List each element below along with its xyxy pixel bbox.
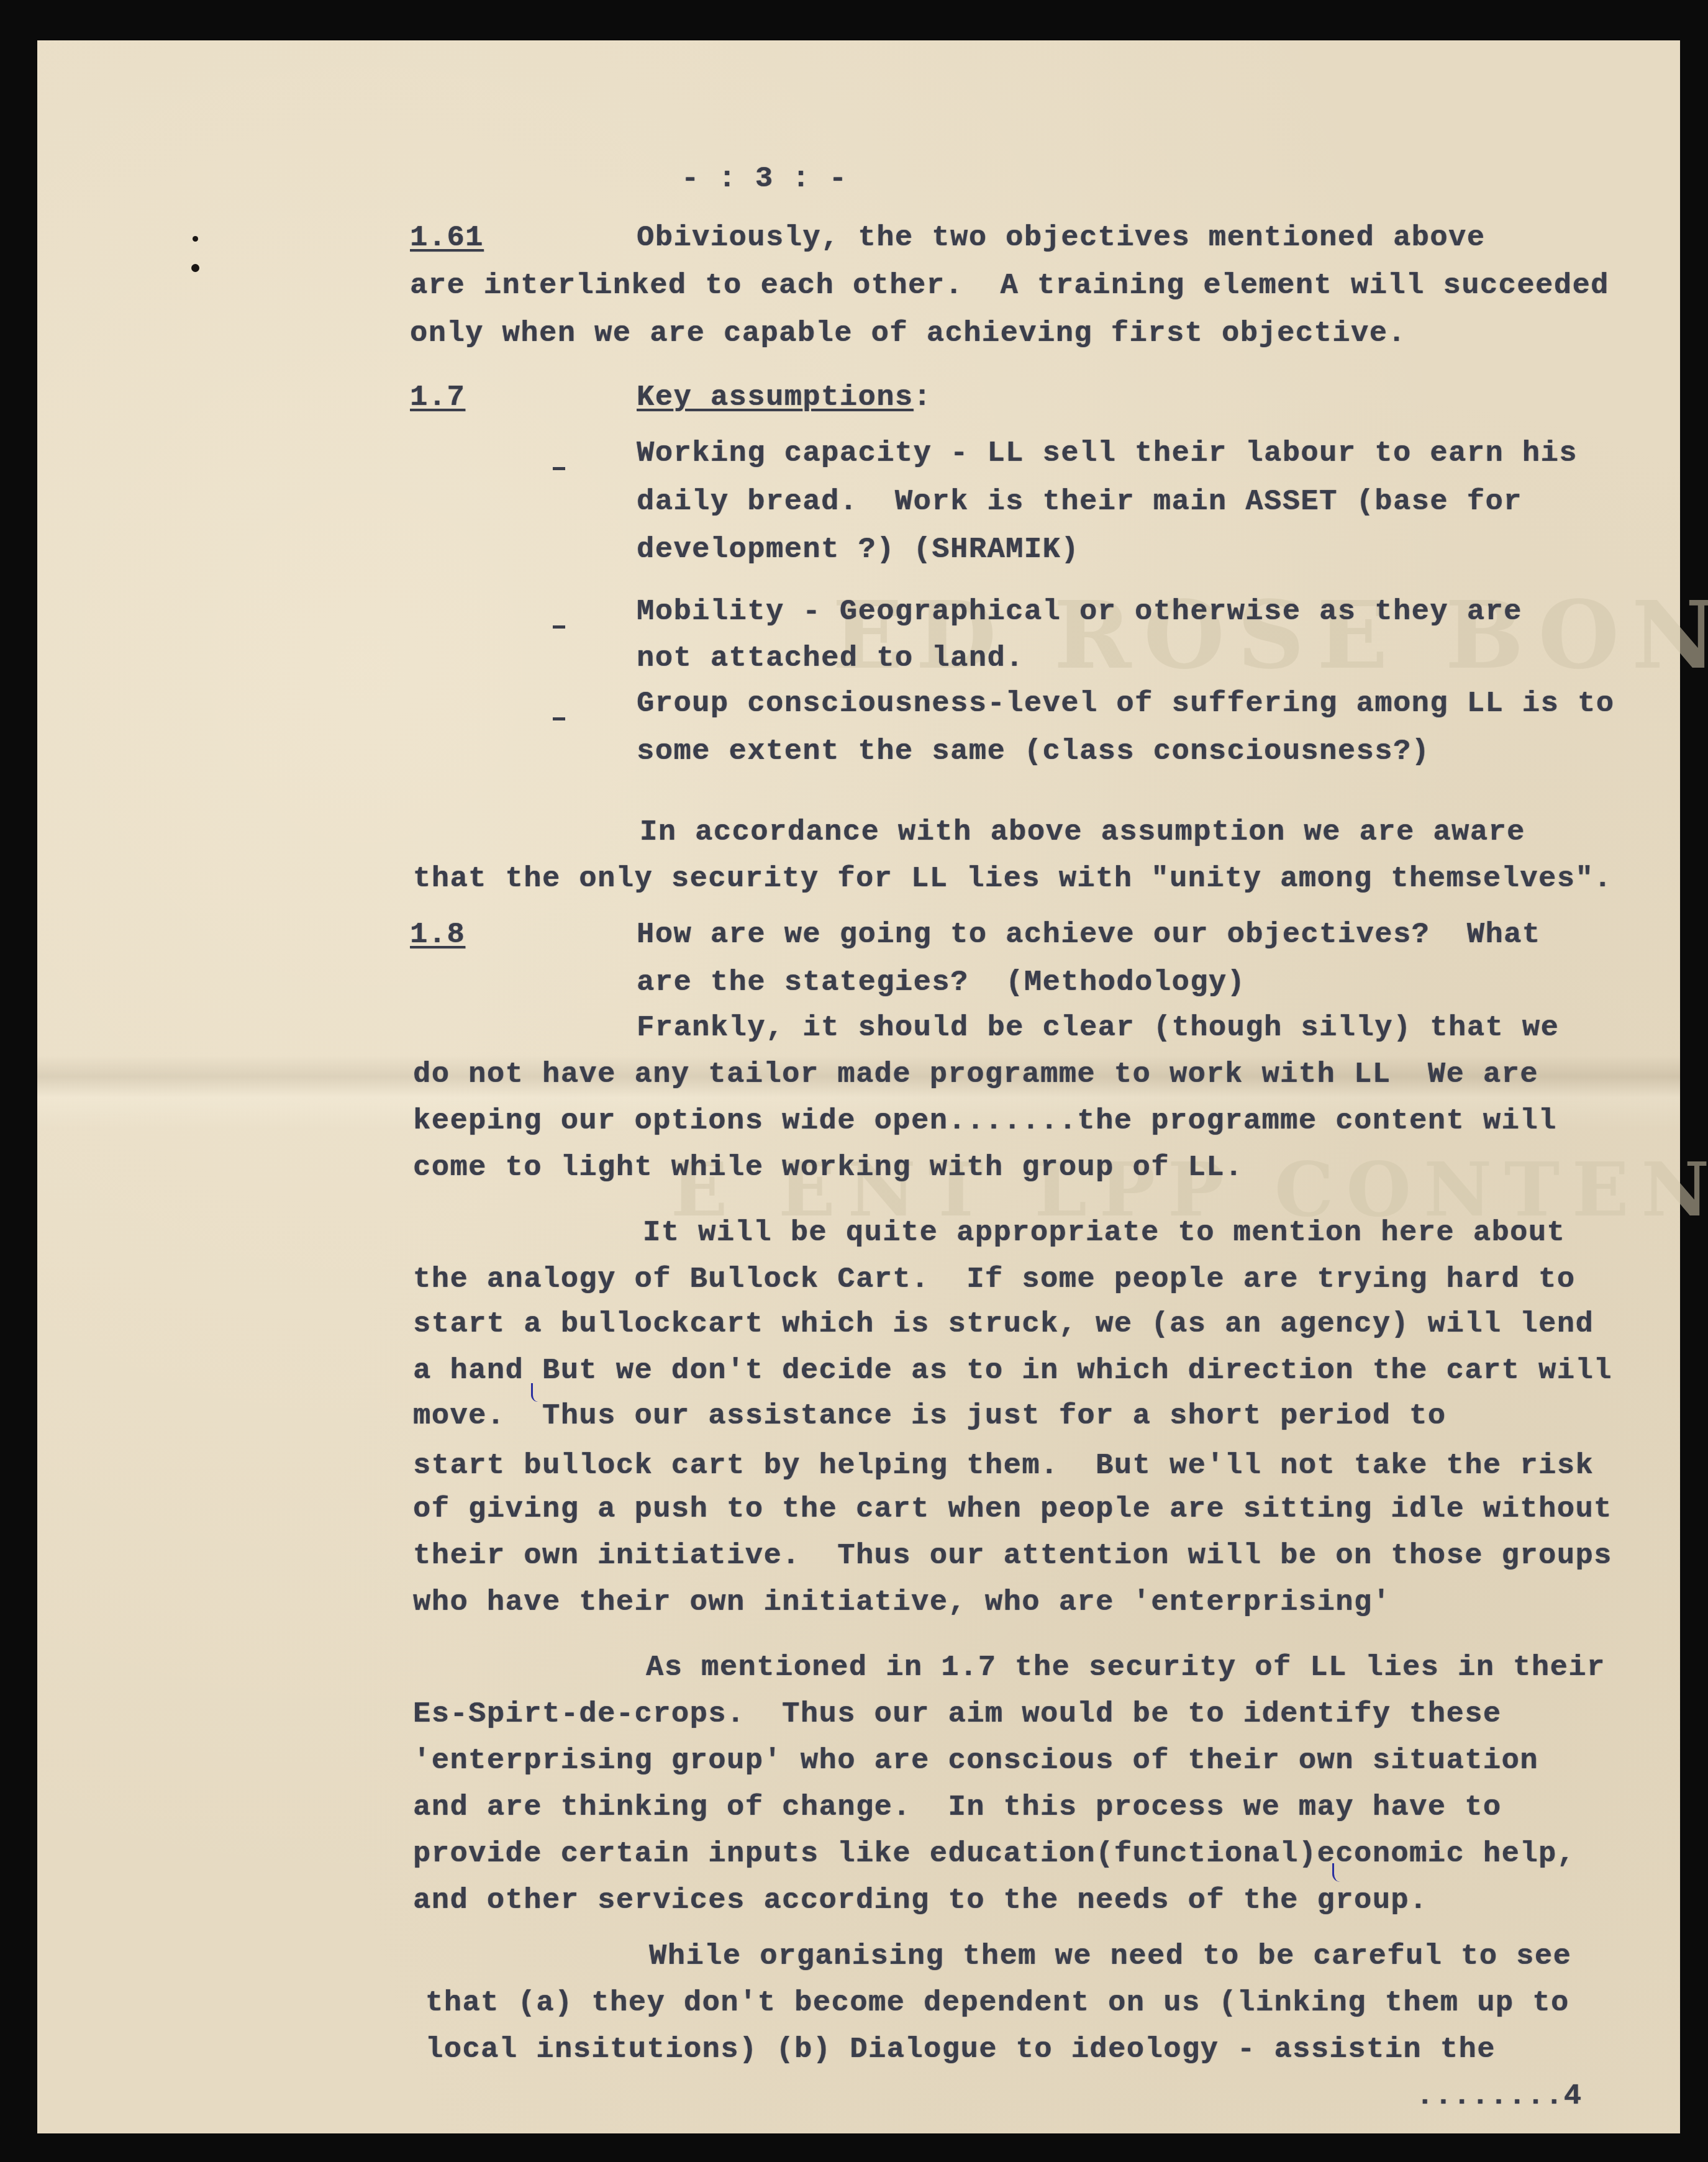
security-paragraph-line: provide certain inputs like education(fu… [413,1840,1575,1869]
organising-paragraph-line: local insitutions) (b) Dialogue to ideol… [425,2035,1496,2064]
section-1-61-line: Obiviously, the two objectives mentioned… [637,224,1485,253]
methodology-paragraph-line: keeping our options wide open.......the … [413,1107,1557,1136]
bullock-cart-paragraph-line: a hand But we don't decide as to in whic… [413,1356,1612,1386]
assumption-paragraph-line: that the only security for LL lies with … [413,865,1612,894]
paper-speck [193,236,198,242]
section-1-8-question: are the stategies? (Methodology) [637,968,1245,997]
methodology-paragraph-line: come to light while working with group o… [413,1153,1243,1183]
section-number-1-7: 1.7 [410,383,465,412]
bullet-2-line: not attached to land. [637,644,1024,673]
organising-paragraph-line: that (a) they don't become dependent on … [425,1989,1569,2018]
bullock-cart-paragraph-line: their own initiative. Thus our attention… [413,1542,1612,1571]
security-paragraph-line: As mentioned in 1.7 the security of LL l… [646,1653,1606,1683]
bullet-3-line: some extent the same (class consciousnes… [637,737,1430,766]
staple-hole [191,264,199,272]
security-paragraph-line: Es-Spirt-de-crops. Thus our aim would be… [413,1700,1502,1729]
assumption-paragraph-line: In accordance with above assumption we a… [640,818,1525,847]
bullock-cart-paragraph-line: the analogy of Bullock Cart. If some peo… [413,1265,1575,1294]
bullock-cart-paragraph-line: It will be quite appropriate to mention … [643,1219,1565,1248]
organising-paragraph-line: While organising them we need to be care… [649,1942,1571,1971]
bullet-2-line: Mobility - Geographical or otherwise as … [637,597,1522,627]
bullet-dash-icon [553,625,565,629]
heading-colon: : [914,381,932,414]
security-paragraph-line: and other services according to the need… [413,1886,1428,1915]
bullet-dash-icon [553,467,565,470]
bullet-1-line: Working capacity - LL sell their labour … [637,439,1578,468]
bullet-1-line: development ?) (SHRAMIK) [637,535,1079,565]
security-paragraph-line: and are thinking of change. In this proc… [413,1793,1502,1822]
section-number-1-8: 1.8 [410,920,465,950]
document-page: ED ROSE BOND RE E ENT LPP CONTENT JME - … [37,40,1680,2133]
methodology-paragraph-line: do not have any tailor made programme to… [413,1060,1538,1089]
handwritten-comma-mark [1332,1863,1340,1882]
bullock-cart-paragraph-line: of giving a push to the cart when people… [413,1495,1612,1524]
section-number-1-61: 1.61 [410,224,484,253]
heading-text: Key assumptions [637,381,914,414]
section-1-61-line: are interlinked to each other. A trainin… [410,271,1609,301]
section-1-8-question: How are we going to achieve our objectiv… [637,920,1541,950]
handwritten-comma-mark [531,1383,538,1402]
continuation-marker: ........4 [1416,2082,1582,2111]
bullet-3-line: Group consciousness-level of suffering a… [637,689,1614,719]
security-paragraph-line: 'enterprising group' who are conscious o… [413,1746,1538,1776]
methodology-paragraph-line: Frankly, it should be clear (though sill… [637,1014,1559,1043]
bullock-cart-paragraph-line: move. Thus our assistance is just for a … [413,1402,1446,1431]
bullet-dash-icon [553,717,565,720]
bullock-cart-paragraph-line: who have their own initiative, who are '… [413,1588,1391,1617]
section-1-61-line: only when we are capable of achieving fi… [410,319,1406,348]
page-number: - : 3 : - [681,165,847,194]
bullock-cart-paragraph-line: start a bullockcart which is struck, we … [413,1310,1594,1339]
section-heading-key-assumptions: Key assumptions: [637,383,932,412]
bullock-cart-paragraph-line: start bullock cart by helping them. But … [413,1451,1594,1481]
bullet-1-line: daily bread. Work is their main ASSET (b… [637,488,1522,517]
